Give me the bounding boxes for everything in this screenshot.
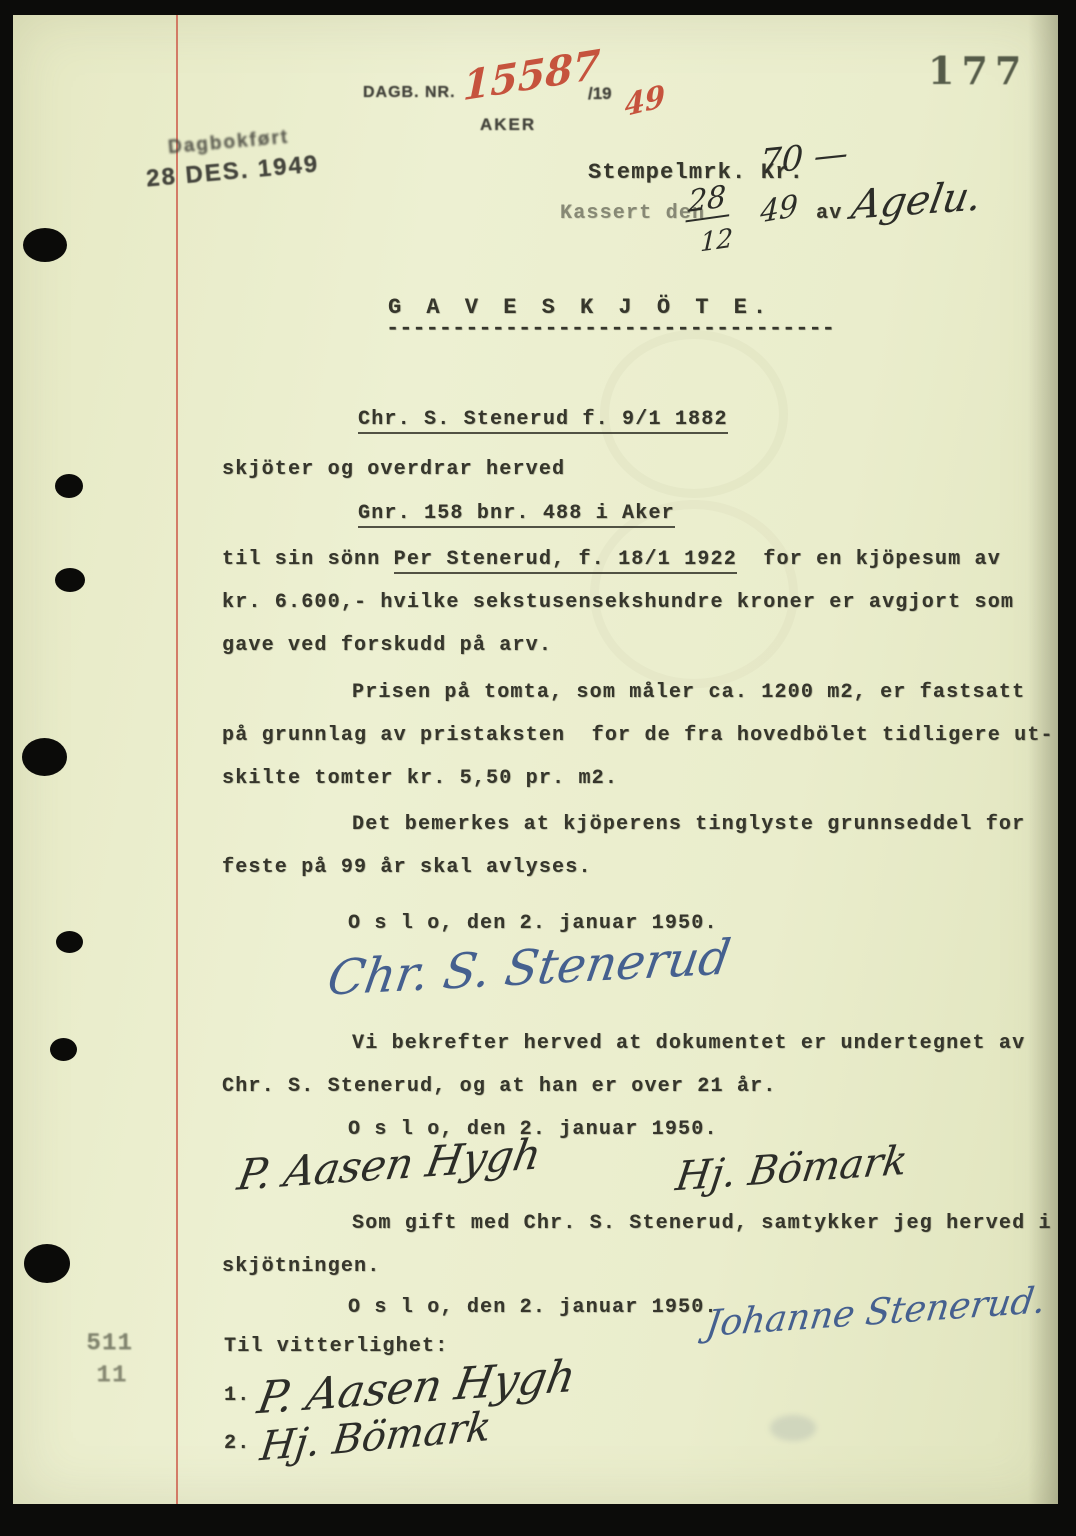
attestation-label: Til vitterlighet: xyxy=(224,1335,448,1358)
hole-punch xyxy=(55,474,83,498)
hole-punch xyxy=(24,1244,70,1283)
kassert-signature-handwritten: Agelu. xyxy=(848,173,985,229)
margin-mark: 11 xyxy=(96,1362,127,1389)
body-line: Prisen på tomta, som måler ca. 1200 m2, … xyxy=(352,681,1025,704)
margin-rule-line xyxy=(176,15,178,1504)
body-line: skilte tomter kr. 5,50 pr. m2. xyxy=(222,767,618,790)
grantor-line: Chr. S. Stenerud f. 9/1 1882 xyxy=(358,408,728,431)
title-underline: ---------------------------------- xyxy=(386,316,835,341)
page-number: 177 xyxy=(928,48,1028,93)
body-line: skjöter og overdrar herved xyxy=(222,458,565,481)
body-line: på grunnlag av pristaksten for de fra ho… xyxy=(222,724,1054,747)
body-text: for en kjöpesum av xyxy=(737,548,1001,571)
kassert-av-label: av xyxy=(816,202,842,225)
hole-punch xyxy=(23,228,67,262)
paper-sheet xyxy=(13,15,1058,1504)
property-line: Gnr. 158 bnr. 488 i Aker xyxy=(358,502,675,525)
scanned-document-page: 177 DAGB. NR. 15587 /19 49 AKER Dagbokfø… xyxy=(0,0,1076,1536)
dagb-slash-year: /19 xyxy=(588,84,612,104)
dateline: O s l o, den 2. januar 1950. xyxy=(348,1296,718,1319)
hole-punch xyxy=(55,568,85,592)
hole-punch xyxy=(56,931,83,953)
body-line: Som gift med Chr. S. Stenerud, samtykker… xyxy=(352,1212,1052,1235)
body-line: Vi bekrefter herved at dokumentet er und… xyxy=(352,1032,1025,1055)
body-line: Det bemerkes at kjöperens tinglyste grun… xyxy=(352,813,1025,836)
margin-mark: 511 xyxy=(86,1330,133,1357)
body-line: skjötningen. xyxy=(222,1255,380,1278)
body-line: til sin sönn Per Stenerud, f. 18/1 1922 … xyxy=(222,548,1001,571)
witness2-number: 2. xyxy=(224,1432,250,1455)
hole-punch xyxy=(50,1038,77,1061)
kassert-month-handwritten: 12 xyxy=(700,223,734,258)
dateline: O s l o, den 2. januar 1950. xyxy=(348,912,718,935)
kassert-day-handwritten: 28 xyxy=(686,179,731,223)
body-line: feste på 99 år skal avlyses. xyxy=(222,856,592,879)
hole-punch xyxy=(22,738,67,776)
body-text: til sin sönn xyxy=(222,548,394,571)
property-designation: Gnr. 158 bnr. 488 i Aker xyxy=(358,502,675,528)
body-line: Chr. S. Stenerud, og at han er over 21 å… xyxy=(222,1075,776,1098)
grantee-name: Per Stenerud, f. 18/1 1922 xyxy=(394,548,737,574)
body-line: gave ved forskudd på arv. xyxy=(222,634,552,657)
grantor-name: Chr. S. Stenerud f. 9/1 1882 xyxy=(358,408,728,434)
kassert-label: Kassert den xyxy=(560,202,705,225)
body-line: kr. 6.600,- hvilke sekstusensekshundre k… xyxy=(222,591,1014,614)
aker-stamp: AKER xyxy=(480,115,536,135)
kassert-year-handwritten: 49 xyxy=(760,188,799,230)
dagb-nr-stamp: DAGB. NR. xyxy=(363,84,456,102)
witness1-number: 1. xyxy=(224,1384,250,1407)
